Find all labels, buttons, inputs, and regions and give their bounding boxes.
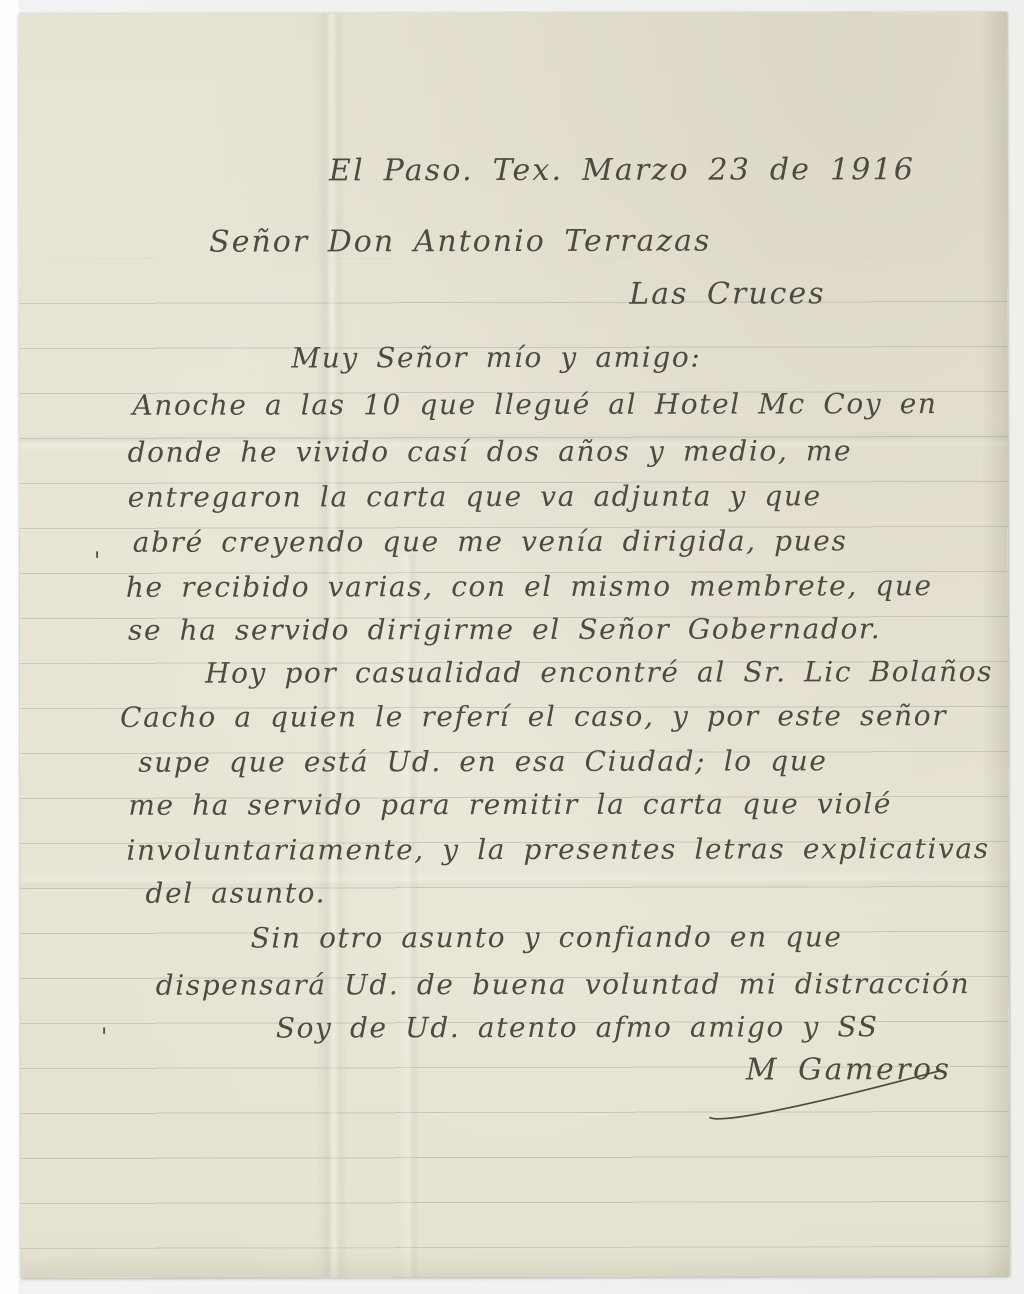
body-line-p1-l3: entregaron la carta que va adjunta y que (128, 481, 822, 512)
body-line-p1-l1: Anoche a las 10 que llegué al Hotel Mc C… (132, 389, 937, 421)
signature-flourish (706, 1064, 946, 1125)
salutation-line: Muy Señor mío y amigo: (291, 343, 701, 374)
body-line-p2-l4: me ha servido para remitir la carta que … (128, 789, 892, 821)
recipient-name-line: Señor Don Antonio Terrazas (209, 227, 711, 258)
signoff-line: Soy de Ud. atento afmo amigo y SS (276, 1012, 879, 1043)
body-line-p2-l5: involuntariamente, y la presentes letras… (126, 834, 989, 866)
body-line-p2-l2: Cacho a quien le referí el caso, y por e… (120, 701, 947, 733)
letter-paper: El Paso. Tex. Marzo 23 de 1916 Señor Don… (19, 12, 1010, 1278)
body-line-p1-l5: he recibido varias, con el mismo membret… (126, 571, 933, 603)
body-line-p1-l2: donde he vivido casí dos años y medio, m… (128, 436, 853, 468)
body-line-p3-l1: Sin otro asunto y confiando en que (251, 922, 843, 953)
ink-mark: ' (101, 1022, 109, 1052)
body-line-p2-l6: del asunto. (145, 878, 326, 908)
body-line-p1-l6: se ha servido dirigirme el Señor Goberna… (128, 614, 881, 646)
body-line-p3-l2: dispensará Ud. de buena voluntad mi dist… (156, 969, 971, 1001)
recipient-city-line: Las Cruces (629, 279, 825, 309)
ink-mark: ' (94, 546, 102, 576)
scan-background: El Paso. Tex. Marzo 23 de 1916 Señor Don… (0, 0, 1024, 1294)
paper-edge-shadow-right (981, 12, 1010, 1276)
dateline: El Paso. Tex. Marzo 23 de 1916 (329, 155, 915, 186)
body-line-p2-l3: supe que está Ud. en esa Ciudad; lo que (138, 746, 827, 777)
body-line-p2-l1: Hoy por casualidad encontré al Sr. Lic B… (205, 657, 993, 689)
paper-edge-shadow-bottom (21, 1250, 1009, 1278)
body-line-p1-l4: abré creyendo que me venía dirigida, pue… (133, 526, 848, 557)
